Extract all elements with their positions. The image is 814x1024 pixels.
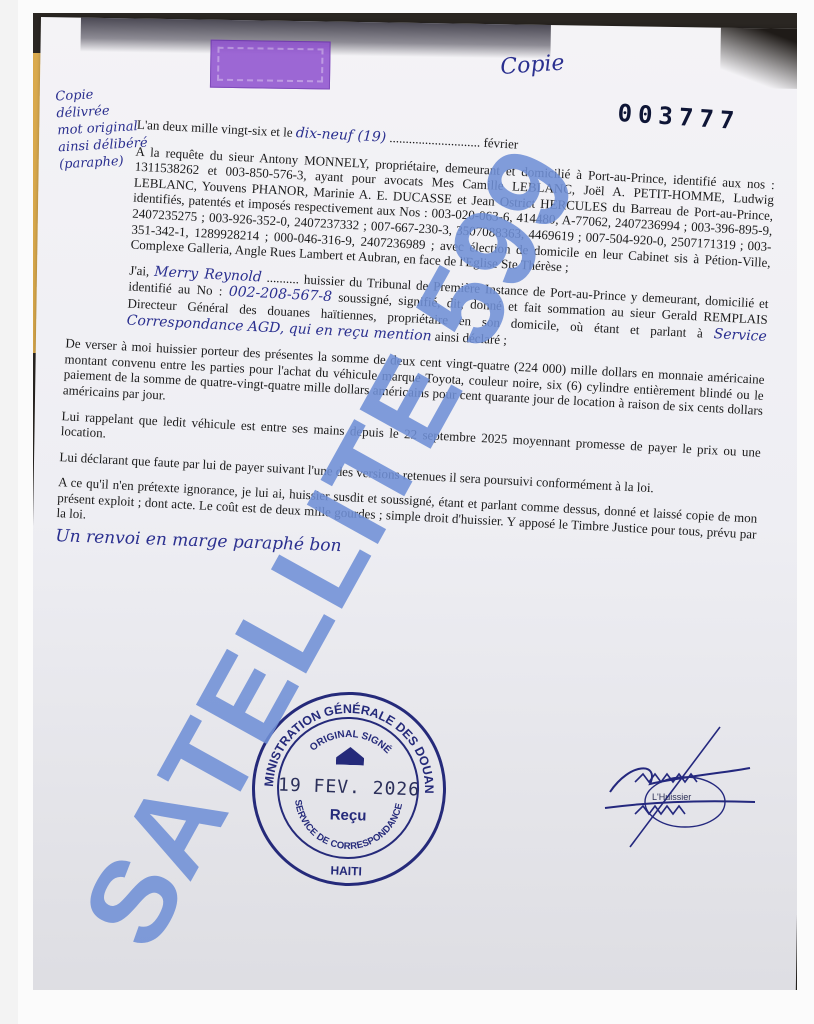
document-body: L'an deux mille vingt-six et le dix-neuf… xyxy=(55,114,776,576)
serial-number: 003777 xyxy=(617,99,741,135)
bailiff-signature: L'Huissier xyxy=(590,722,760,852)
corner-shadow xyxy=(720,28,797,89)
copy-mark: Copie xyxy=(499,50,565,80)
viewer-edge xyxy=(0,0,18,1024)
text: J'ai, xyxy=(129,262,150,278)
month: février xyxy=(483,135,518,152)
tax-stamp xyxy=(210,40,331,90)
seal-country: HAITI xyxy=(330,863,362,878)
customs-seal: ADMINISTRATION GÉNÉRALE DES DOUANES ORIG… xyxy=(249,689,450,890)
text: L'an deux mille vingt-six et le xyxy=(137,117,293,140)
signature-caption: L'Huissier xyxy=(652,792,691,802)
handwritten-date: dix-neuf (19) xyxy=(295,125,386,146)
text: ainsi déclaré ; xyxy=(435,328,508,347)
